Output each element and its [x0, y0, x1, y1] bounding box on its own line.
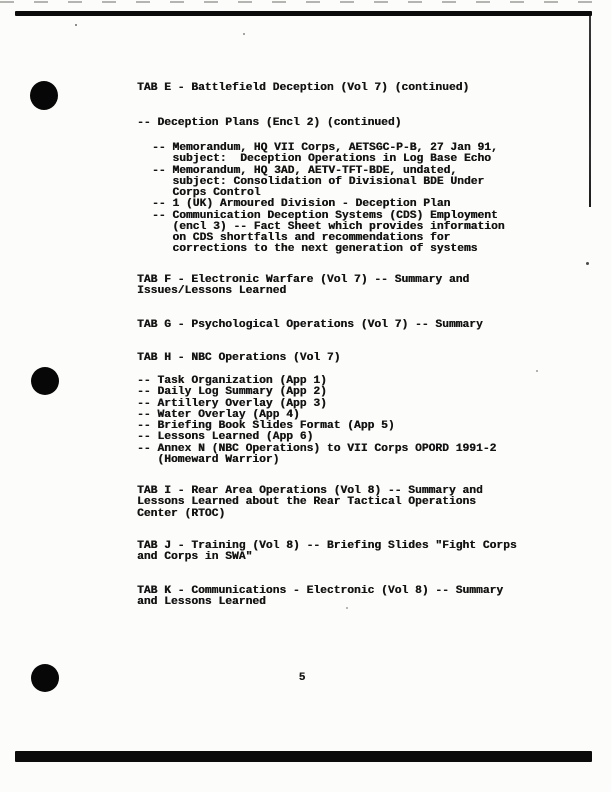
tab-j-heading: TAB J - Training (Vol 8) -- Briefing Sli…: [137, 541, 517, 564]
scan-speck: [243, 33, 245, 35]
hole-punch: [31, 367, 59, 395]
page-number: 5: [267, 672, 337, 684]
bottom-rule: [15, 751, 592, 762]
scan-speck: [75, 24, 77, 26]
tab-k-heading: TAB K - Communications - Electronic (Vol…: [137, 586, 503, 609]
deception-plans-heading: -- Deception Plans (Encl 2) (continued): [137, 118, 401, 129]
deception-plans-items: -- Memorandum, HQ VII Corps, AETSGC-P-B,…: [152, 143, 505, 256]
scanned-document-page: TAB E - Battlefield Deception (Vol 7) (c…: [0, 0, 611, 792]
top-rule: [15, 11, 592, 16]
tab-h-items: -- Task Organization (App 1) -- Daily Lo…: [137, 376, 496, 466]
hole-punch: [30, 81, 58, 110]
tab-h-heading: TAB H - NBC Operations (Vol 7): [137, 353, 340, 364]
tab-e-heading: TAB E - Battlefield Deception (Vol 7) (c…: [137, 83, 469, 94]
tab-i-heading: TAB I - Rear Area Operations (Vol 8) -- …: [137, 486, 483, 520]
page-edge-line: [589, 16, 591, 207]
hole-punch: [31, 664, 59, 692]
tab-g-heading: TAB G - Psychological Operations (Vol 7)…: [137, 320, 483, 331]
scan-artifact-line: [0, 1, 611, 3]
tab-f-heading: TAB F - Electronic Warfare (Vol 7) -- Su…: [137, 275, 469, 298]
scan-speck: [536, 370, 538, 372]
scan-speck: [586, 262, 589, 265]
